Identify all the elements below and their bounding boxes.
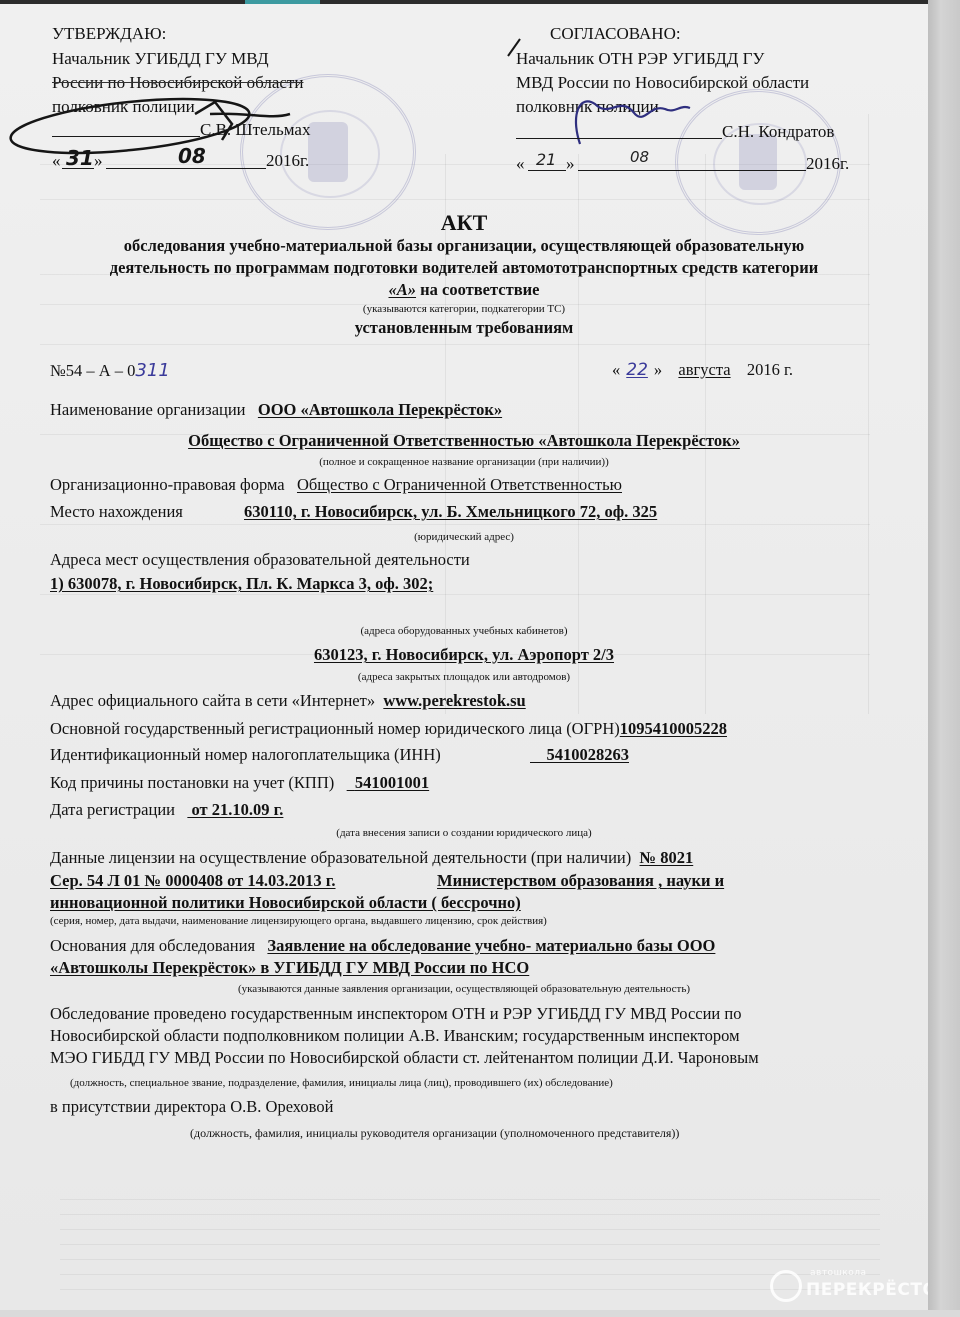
approval-date-day: 31 xyxy=(66,146,94,170)
reg-date-value-text: от 21.10.09 г. xyxy=(191,800,283,819)
approval-signature-scribble xyxy=(0,84,300,174)
vehicle-category: «А» xyxy=(389,280,417,299)
act-date-month: августа xyxy=(670,360,738,379)
kpp-value: 541001001 xyxy=(347,773,430,792)
document-title: АКТ xyxy=(0,210,928,236)
approval-position-line1: Начальник УГИБДД ГУ МВД xyxy=(52,49,269,69)
license-label: Данные лицензии на осуществление образов… xyxy=(50,848,631,867)
presence-caption: (должность, фамилия, инициалы руководите… xyxy=(190,1126,679,1141)
license-series: Сер. 54 Л 01 № 0000408 от 14.03.2013 г. xyxy=(50,871,336,891)
act-number: №54 – А – 0311 xyxy=(50,360,170,381)
agreement-signature-scribble xyxy=(500,24,700,164)
reg-date-value: от 21.10.09 г. xyxy=(187,800,283,819)
kpp-label: Код причины постановки на учет (КПП) xyxy=(50,773,334,792)
org-name-caption: (полное и сокращенное название организац… xyxy=(0,456,928,468)
category-caption: (указываются категории, подкатегории ТС) xyxy=(0,303,928,315)
grounds-value-line2: «Автошколы Перекрёсток» в УГИБДД ГУ МВД … xyxy=(50,958,529,978)
classroom-caption: (адреса оборудованных учебных кабинетов) xyxy=(0,625,928,637)
agreement-day-line xyxy=(528,170,566,171)
legal-form-value: Общество с Ограниченной Ответственностью xyxy=(297,475,622,494)
website-label: Адрес официального сайта в сети «Интерне… xyxy=(50,691,375,710)
location-value: 630110, г. Новосибирск, ул. Б. Хмельницк… xyxy=(244,502,657,522)
legal-form-label: Организационно-правовая форма xyxy=(50,475,285,494)
ogrn-label: Основной государственный регистрационный… xyxy=(50,719,620,738)
act-date-year: 2016 г. xyxy=(747,360,793,379)
location-label: Место нахождения xyxy=(50,502,183,521)
org-name-full: Общество с Ограниченной Ответственностью… xyxy=(0,431,928,451)
act-date-day: 22 xyxy=(620,360,654,380)
grounds-value-line1: Заявление на обследование учебно- матери… xyxy=(267,936,715,955)
location-caption: (юридический адрес) xyxy=(0,531,928,543)
act-number-handwritten: 311 xyxy=(135,360,169,381)
logo-small-text: автошкола xyxy=(810,1268,867,1278)
org-name-row: Наименование организации ООО «Автошкола … xyxy=(50,400,502,420)
approval-label: УТВЕРЖДАЮ: xyxy=(52,24,166,44)
license-issuer-part1: Министерством образования , науки и xyxy=(437,871,724,891)
license-number: № 8021 xyxy=(640,848,694,867)
legal-form-row: Организационно-правовая форма Общество с… xyxy=(50,475,622,495)
grounds-caption: (указываются данные заявления организаци… xyxy=(0,983,928,995)
act-date: «22» августа 2016 г. xyxy=(612,360,793,380)
classroom-address: 1) 630078, г. Новосибирск, Пл. К. Маркса… xyxy=(50,574,433,594)
approval-date-year: 2016г. xyxy=(266,151,309,171)
agreement-signature-line xyxy=(516,138,722,139)
track-caption: (адреса закрытых площадок или автодромов… xyxy=(0,671,928,683)
grounds-label: Основания для обследования xyxy=(50,936,255,955)
approval-month-line xyxy=(106,168,266,169)
approval-date-close: » xyxy=(94,151,103,171)
ogrn-value: 1095410005228 xyxy=(620,719,727,738)
act-number-prefix: №54 – А – 0 xyxy=(50,361,135,380)
agreement-date-day: 21 xyxy=(536,150,556,169)
reg-date-row: Дата регистрации от 21.10.09 г. xyxy=(50,800,283,820)
scan-bottom-edge xyxy=(0,1310,960,1317)
inspection-line1: Обследование проведено государственным и… xyxy=(50,1004,741,1024)
approval-date-open: « xyxy=(52,151,61,171)
logo-ring-icon xyxy=(770,1270,802,1302)
license-issuer-part2: инновационной политики Новосибирской обл… xyxy=(50,893,521,913)
subtitle-suffix: на соответствие xyxy=(420,280,539,299)
inspection-line2: Новосибирской области подполковником пол… xyxy=(50,1026,740,1046)
kpp-value-text: 541001001 xyxy=(355,773,429,792)
logo-big-text: ПЕРЕКРЁСТОК xyxy=(806,1280,928,1300)
inn-value: 5410028263 xyxy=(530,745,629,765)
agreement-date-open: « xyxy=(516,154,525,174)
track-address: 630123, г. Новосибирск, ул. Аэропорт 2/3 xyxy=(0,645,928,665)
approval-date-month: 08 xyxy=(178,144,206,168)
document-page: УТВЕРЖДАЮ: Начальник УГИБДД ГУ МВД Росси… xyxy=(0,4,928,1314)
inspection-line3: МЭО ГИБДД ГУ МВД России по Новосибирской… xyxy=(50,1048,759,1068)
document-subtitle-line4: установленным требованиям xyxy=(0,318,928,338)
website-row: Адрес официального сайта в сети «Интерне… xyxy=(50,691,526,711)
reg-date-label: Дата регистрации xyxy=(50,800,175,819)
scan-right-edge xyxy=(928,0,960,1310)
license-row: Данные лицензии на осуществление образов… xyxy=(50,848,693,868)
document-subtitle-line1: обследования учебно-материальной базы ор… xyxy=(0,236,928,256)
perekrestok-watermark-logo: автошкола ПЕРЕКРЁСТОК xyxy=(770,1266,928,1306)
approval-day-line xyxy=(62,168,94,169)
agreement-signer: С.Н. Кондратов xyxy=(722,122,834,142)
location-row: Место нахождения xyxy=(50,502,183,522)
inspection-caption: (должность, специальное звание, подразде… xyxy=(70,1077,613,1089)
grounds-row: Основания для обследования Заявление на … xyxy=(50,936,715,956)
presence-line: в присутствии директора О.В. Ореховой xyxy=(50,1097,333,1117)
document-subtitle-line2: деятельность по программам подготовки во… xyxy=(0,258,928,278)
agreement-month-line xyxy=(578,170,806,171)
inn-row: Идентификационный номер налогоплательщик… xyxy=(50,745,441,765)
agreement-date-month: 08 xyxy=(630,148,649,166)
inn-value-text: 5410028263 xyxy=(547,745,630,764)
reg-date-caption: (дата внесения записи о создании юридиче… xyxy=(0,827,928,839)
ogrn-row: Основной государственный регистрационный… xyxy=(50,719,727,739)
activity-addresses-label: Адреса мест осуществления образовательно… xyxy=(50,550,470,570)
document-subtitle-line3: «А» на соответствие xyxy=(0,280,928,300)
kpp-row: Код причины постановки на учет (КПП) 541… xyxy=(50,773,429,793)
agreement-date-year: 2016г. xyxy=(806,154,849,174)
inn-label: Идентификационный номер налогоплательщик… xyxy=(50,745,441,764)
agreement-date-close: » xyxy=(566,154,575,174)
org-name-label: Наименование организации xyxy=(50,400,246,419)
org-name-short: ООО «Автошкола Перекрёсток» xyxy=(258,400,502,419)
license-caption: (серия, номер, дата выдачи, наименование… xyxy=(50,915,547,927)
website-link[interactable]: www.perekrestok.su xyxy=(383,691,525,710)
